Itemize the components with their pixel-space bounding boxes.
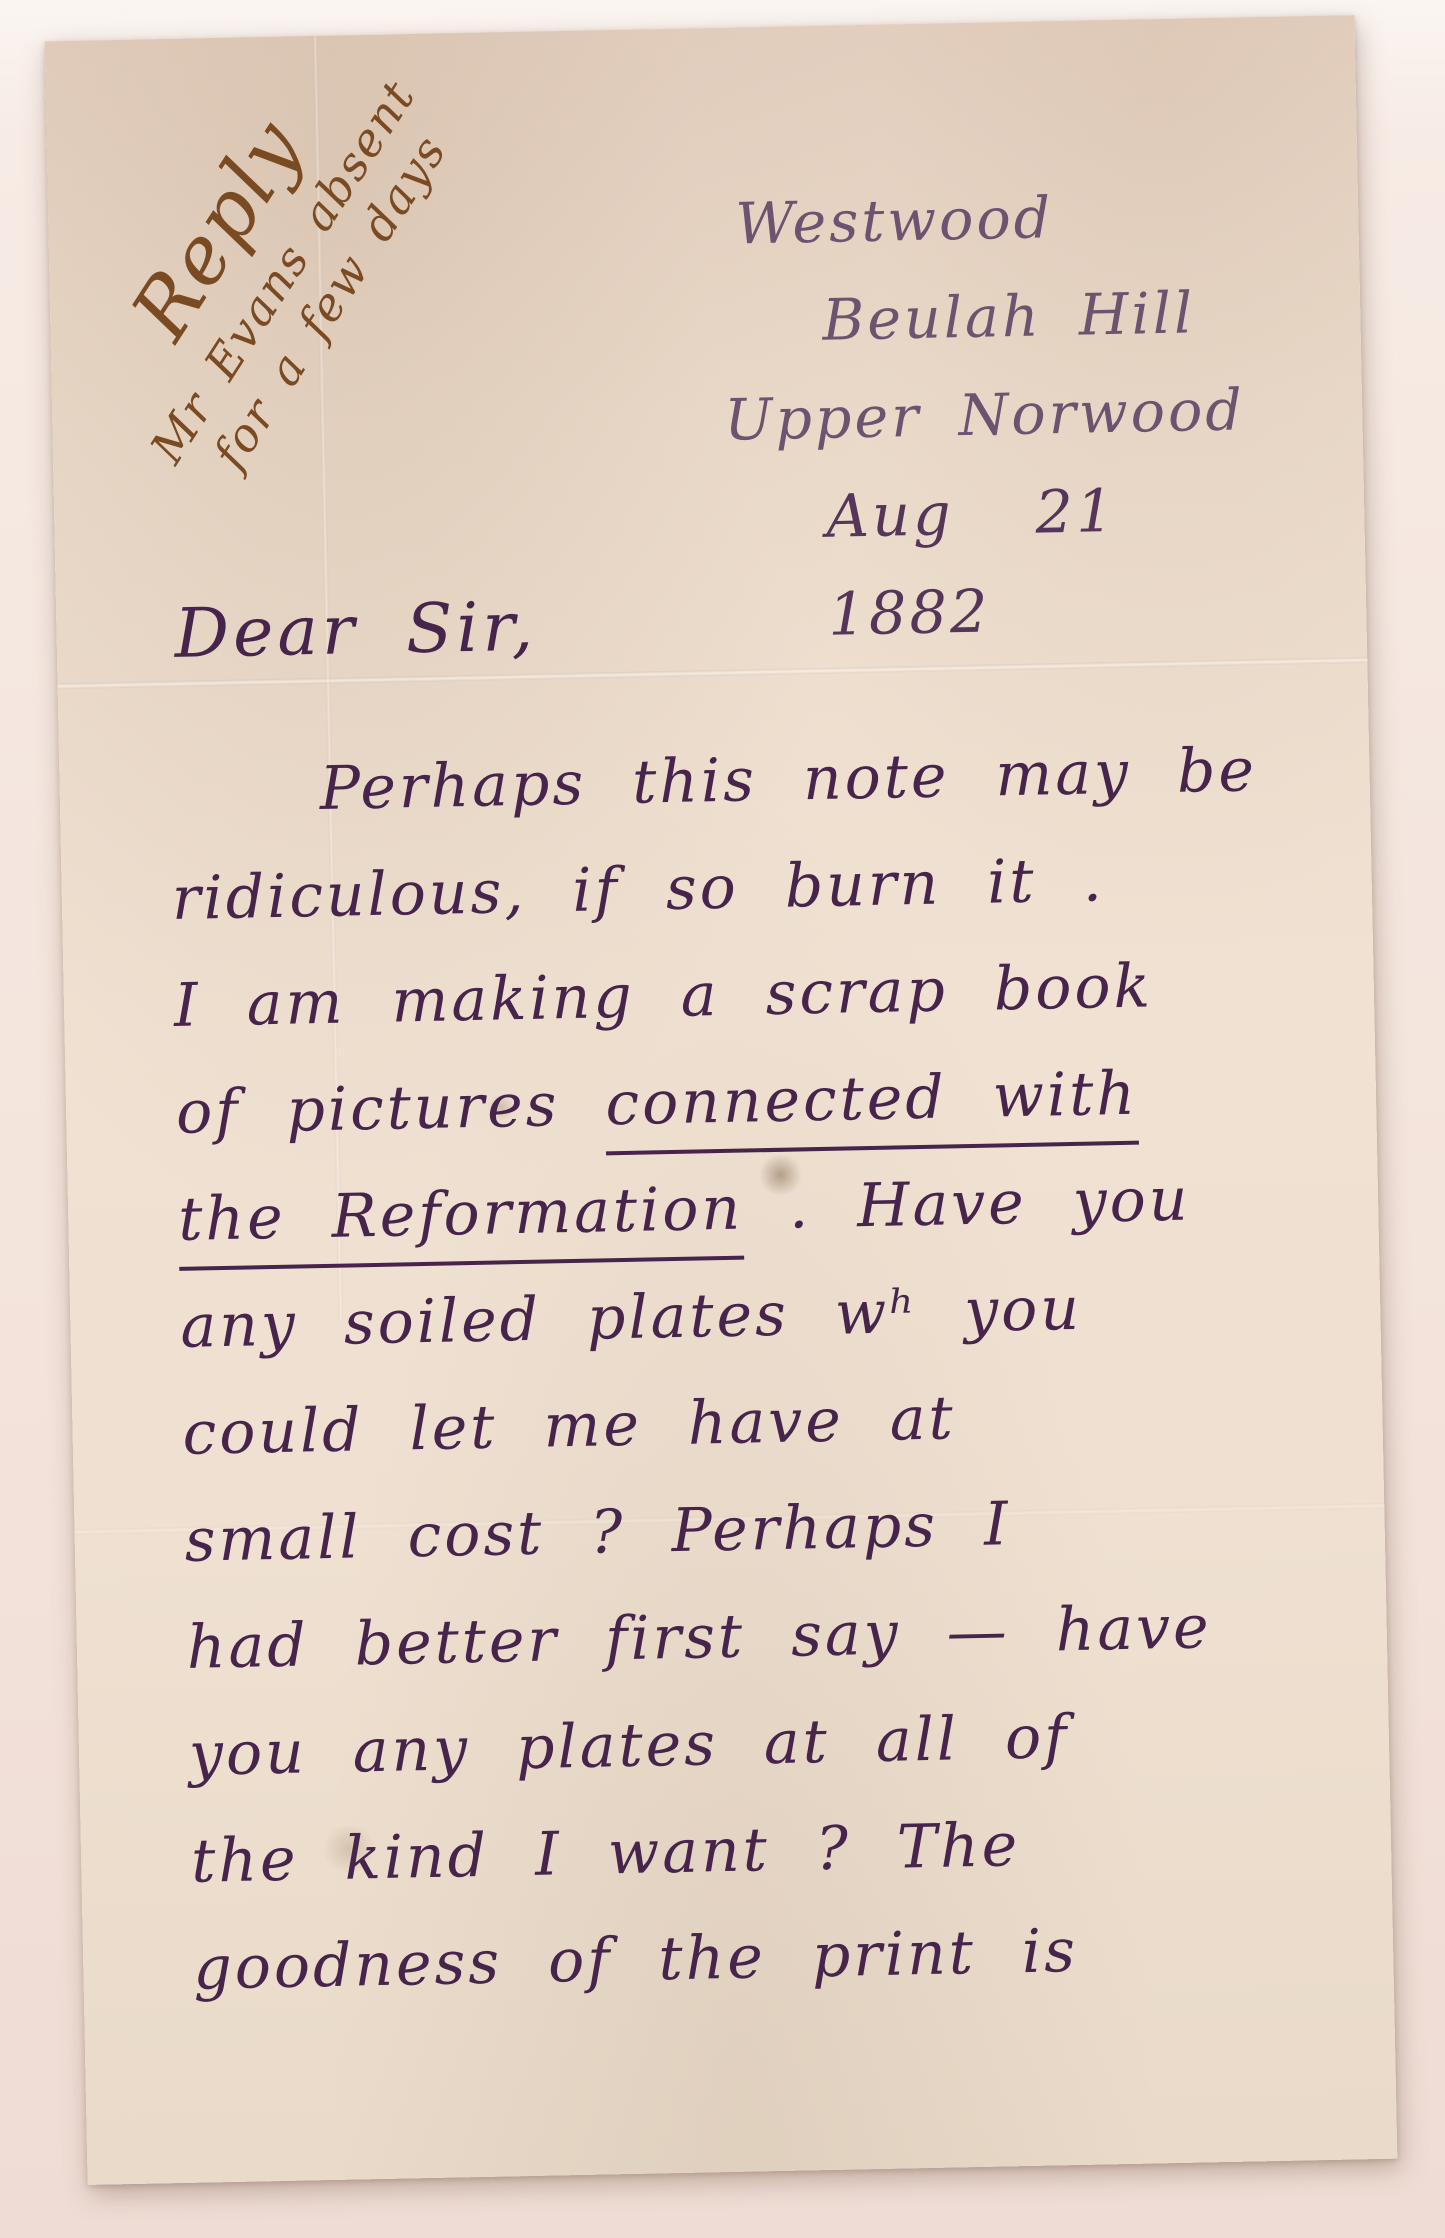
- letter-date: Aug 21 1882: [825, 458, 1332, 664]
- underlined-phrase-the-reformation: the Reformation: [178, 1174, 744, 1271]
- sender-address-block: Westwood Beulah Hill Upper Norwood Aug 2…: [622, 164, 1332, 668]
- letter-body: Perhaps this note may be ridiculous, if …: [169, 716, 1365, 2023]
- body-line: goodness of the print is: [192, 1892, 1364, 2022]
- underlined-phrase-connected-with: connected with: [605, 1059, 1139, 1156]
- letter-page: Reply Mr Evans absent for a few days Wes…: [45, 15, 1398, 2185]
- address-street: Beulah Hill: [821, 262, 1326, 370]
- reply-annotation: Reply Mr Evans absent for a few days: [20, 0, 511, 560]
- address-town: Upper Norwood: [723, 360, 1328, 470]
- address-house-name: Westwood: [734, 164, 1324, 274]
- salutation: Dear Sir,: [174, 588, 538, 674]
